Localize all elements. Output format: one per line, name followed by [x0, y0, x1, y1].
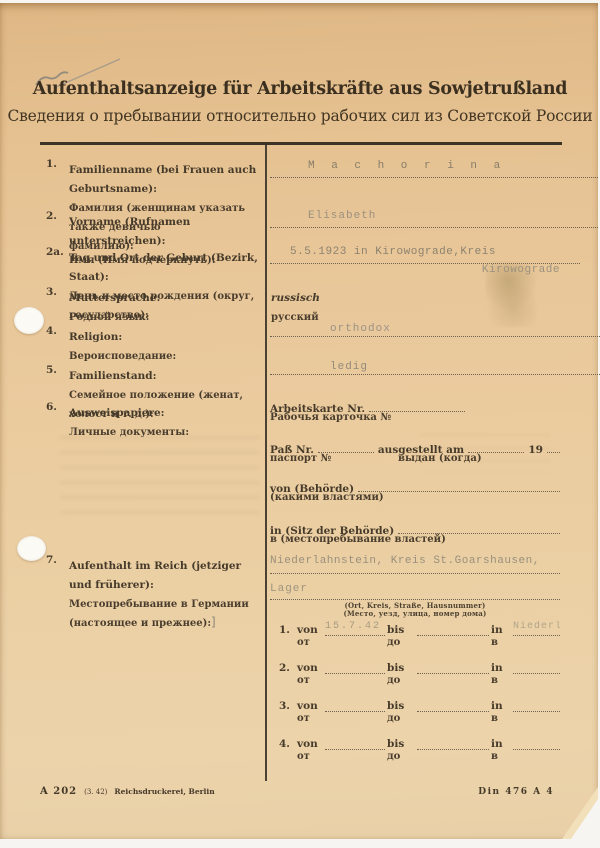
field-5-de: Familienstand:: [69, 370, 157, 382]
language-printed-de: russisch: [271, 292, 320, 304]
field-7-de: Aufenthalt im Reich (jetziger und früher…: [69, 560, 241, 591]
workcard-label-ru: Рабочья карточка №: [270, 412, 560, 424]
form-code: A 202: [40, 786, 77, 798]
passport-number-blank: [318, 441, 374, 453]
field-6-label: 6. Ausweispapiere: Личные документы:: [46, 401, 266, 439]
year-blank: [547, 441, 560, 453]
row-2-in-ru: в: [491, 675, 511, 687]
row-1-in-value: Niederlahnstein: [513, 621, 560, 636]
row-4-number: 4.: [279, 738, 295, 750]
row-3-bis-de: bis: [387, 700, 415, 712]
firstname-value: Elisabeth: [270, 210, 598, 228]
form-title-russian: Сведения о пребывании относительно рабоч…: [0, 107, 600, 125]
authority-seat-label-ru: в (местопребывание властей): [270, 534, 560, 546]
field-4-number: 4.: [46, 325, 66, 363]
printer-name: Reichsdruckerei, Berlin: [114, 786, 214, 798]
row-1-von-ru: от: [297, 637, 323, 649]
field-7-number: 7.: [46, 554, 66, 630]
field-4-de: Religion:: [69, 331, 122, 343]
field-6-number: 6.: [46, 401, 66, 439]
row-2-von-value: [325, 659, 385, 674]
field-7-ru: Местопребывание в Германии: [69, 599, 249, 610]
language-printed-ru: русский: [271, 312, 319, 323]
marital-status-value: ledig: [270, 361, 600, 375]
authority-seat-blank: [398, 522, 560, 534]
row-2-bis-de: bis: [387, 662, 415, 674]
row-3-bis-value: [417, 697, 489, 712]
title-rule: [40, 142, 562, 145]
corner-fold: [571, 799, 598, 839]
row-4-bis-de: bis: [387, 738, 415, 750]
row-2-in-value: [513, 659, 560, 674]
workcard-blank: [369, 400, 465, 412]
row-2-number: 2.: [279, 662, 295, 674]
field-6-ru: Личные документы:: [69, 427, 189, 438]
din-format-label: Din 476 A 4: [478, 786, 554, 798]
row-3-von-de: von: [297, 700, 323, 712]
residence-row-2: 2. von bis in от до в: [279, 660, 560, 687]
row-3-von-ru: от: [297, 713, 323, 725]
form-title-german: Aufenthaltsanzeige für Arbeitskräfte aus…: [0, 79, 600, 99]
field-3-ru: Родной язык:: [69, 312, 149, 323]
authority-label-ru: (какими властями): [270, 492, 560, 504]
residence-row-4: 4. von bis in от до в: [279, 736, 560, 763]
religion-value: orthodox: [270, 323, 600, 337]
row-3-in-de: in: [491, 700, 511, 712]
field-4-ru: Вероисповедание:: [69, 351, 176, 362]
row-3-in-ru: в: [491, 713, 511, 725]
row-3-in-value: [513, 697, 560, 712]
row-3-number: 3.: [279, 700, 295, 712]
field-2a-de: Tag und Ort der Geburt (Bezirk, Staat):: [69, 252, 258, 283]
row-4-in-value: [513, 735, 560, 750]
row-1-von-de: von: [297, 624, 323, 636]
field-2-de: Vorname (Rufnamen unterstreichen):: [69, 216, 190, 247]
ink-bleed-through: [60, 435, 260, 521]
form-edition: (3. 42): [84, 786, 107, 798]
row-2-von-ru: от: [297, 675, 323, 687]
field-7-ru2: (настоящее и прежнее):: [69, 618, 211, 629]
field-3-de: Muttersprache:: [69, 292, 160, 304]
birth-value-line1: 5.5.1923 in Kirowograde,Kreis: [270, 246, 580, 264]
row-4-von-ru: от: [297, 751, 323, 763]
row-1-number: 1.: [279, 624, 295, 636]
residence-row-3: 3. von bis in от до в: [279, 698, 560, 725]
row-3-bis-ru: до: [387, 713, 415, 725]
row-2-in-de: in: [491, 662, 511, 674]
pencil-bracket: ]: [211, 615, 216, 629]
footer-imprint: A 202 (3. 42) Reichsdruckerei, Berlin: [40, 786, 215, 798]
row-4-in-ru: в: [491, 751, 511, 763]
surname-value: M a c h o r i n a: [270, 160, 598, 178]
row-4-in-de: in: [491, 738, 511, 750]
issued-date-blank: [468, 441, 524, 453]
row-2-von-de: von: [297, 662, 323, 674]
row-1-bis-de: bis: [387, 624, 415, 636]
residence-row-1: 1. von 15.7.42 bis in Niederlahnstein от…: [279, 622, 560, 649]
field-4-label: 4. Religion: Вероисповедание:: [46, 325, 266, 363]
row-1-in-de: in: [491, 624, 511, 636]
residence-caption-ru: (Место, уезд, улица, номер дома): [270, 610, 560, 618]
authority-blank: [358, 480, 560, 492]
scanned-form-paper: Aufenthaltsanzeige für Arbeitskräfte aus…: [0, 3, 598, 839]
punch-hole-top: [14, 307, 44, 334]
issued-label-ru: выдан (когда): [398, 453, 482, 465]
punch-hole-bottom: [17, 536, 46, 561]
birth-value-line2: Kirowograde: [270, 264, 564, 276]
field-6-de: Ausweispapiere:: [69, 407, 165, 419]
row-2-bis-value: [417, 659, 489, 674]
row-1-bis-ru: до: [387, 637, 415, 649]
residence-value-line1: Niederlahnstein, Kreis St.Goarshausen,: [270, 555, 560, 574]
row-2-bis-ru: до: [387, 675, 415, 687]
residence-value-line2: Lager: [270, 583, 560, 600]
row-4-bis-ru: до: [387, 751, 415, 763]
row-1-in-ru: в: [491, 637, 511, 649]
row-4-bis-value: [417, 735, 489, 750]
field-1-de: Familienname (bei Frauen auch Geburtsnam…: [69, 164, 256, 195]
row-3-von-value: [325, 697, 385, 712]
field-7-label: 7. Aufenthalt im Reich (jetziger und frü…: [46, 554, 266, 630]
row-4-von-de: von: [297, 738, 323, 750]
row-1-von-value: 15.7.42: [325, 621, 385, 636]
field-3-label: 3. Muttersprache: Родной язык:: [46, 286, 266, 324]
row-4-von-value: [325, 735, 385, 750]
row-1-bis-value: [417, 621, 489, 636]
field-3-number: 3.: [46, 286, 66, 324]
